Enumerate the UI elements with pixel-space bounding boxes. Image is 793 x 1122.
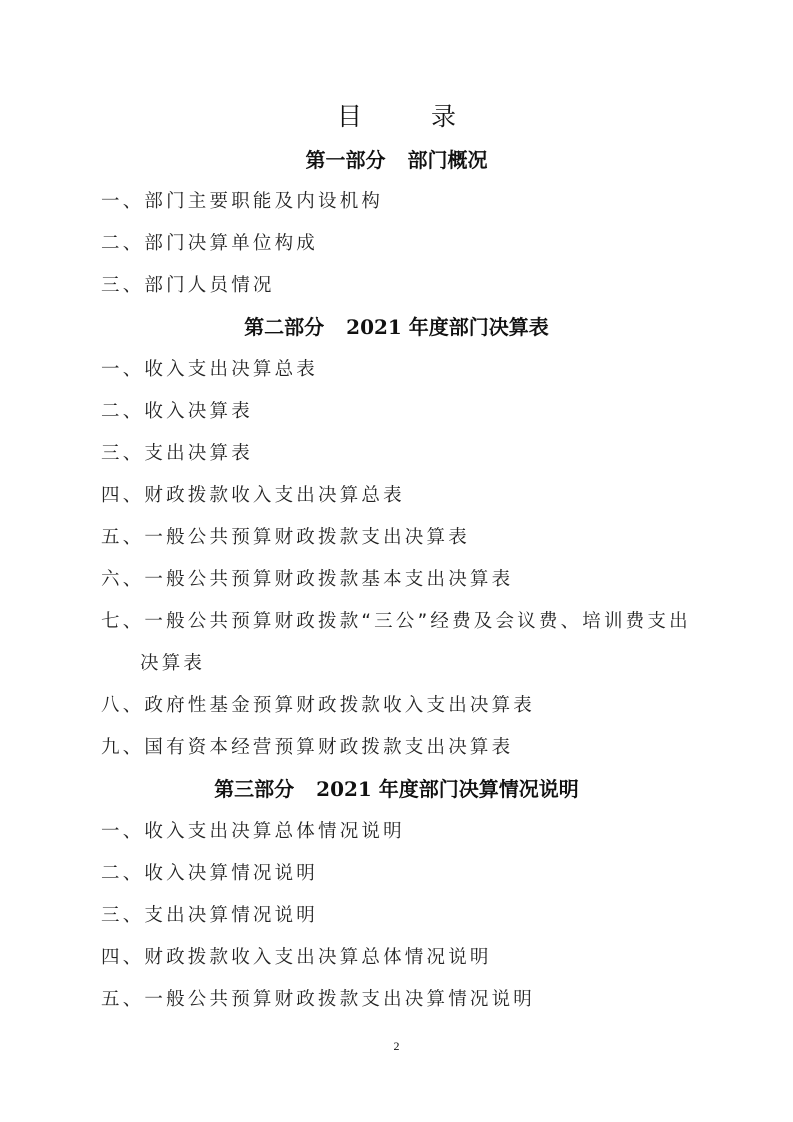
toc-item[interactable]: 六、一般公共预算财政拨款基本支出决算表 (101, 567, 513, 593)
toc-item[interactable]: 一、部门主要职能及内设机构 (101, 189, 383, 215)
toc-item[interactable]: 三、支出决算情况说明 (101, 903, 318, 929)
toc-item[interactable]: 四、财政拨款收入支出决算总体情况说明 (101, 945, 492, 971)
toc-item[interactable]: 七、一般公共预算财政拨款“三公”经费及会议费、培训费支出 (101, 609, 691, 635)
toc-item-continuation[interactable]: 决算表 (140, 651, 205, 677)
section-heading-part1: 第一部分部门概况 (0, 146, 793, 174)
section-title: 2021 年度部门决算情况说明 (316, 777, 579, 801)
section-title: 2021 年度部门决算表 (346, 315, 549, 339)
toc-item[interactable]: 三、支出决算表 (101, 441, 253, 467)
section-title: 部门概况 (408, 148, 488, 172)
toc-item[interactable]: 二、部门决算单位构成 (101, 231, 318, 257)
section-heading-part2: 第二部分2021 年度部门决算表 (0, 313, 793, 341)
section-heading-part3: 第三部分2021 年度部门决算情况说明 (0, 775, 793, 803)
toc-item[interactable]: 二、收入决算情况说明 (101, 861, 318, 887)
toc-item[interactable]: 三、部门人员情况 (101, 273, 275, 299)
toc-item[interactable]: 五、一般公共预算财政拨款支出决算表 (101, 525, 470, 551)
toc-item[interactable]: 八、政府性基金预算财政拨款收入支出决算表 (101, 693, 535, 719)
document-page: 目 录 第一部分部门概况 一、部门主要职能及内设机构 二、部门决算单位构成 三、… (0, 0, 793, 1122)
toc-item[interactable]: 一、收入支出决算总表 (101, 357, 318, 383)
toc-title: 目 录 (0, 100, 793, 134)
toc-item[interactable]: 九、国有资本经营预算财政拨款支出决算表 (101, 735, 513, 761)
section-label: 第一部分 (306, 148, 386, 172)
toc-item[interactable]: 四、财政拨款收入支出决算总表 (101, 483, 405, 509)
toc-item[interactable]: 一、收入支出决算总体情况说明 (101, 819, 405, 845)
toc-item[interactable]: 五、一般公共预算财政拨款支出决算情况说明 (101, 987, 535, 1013)
section-label: 第三部分 (214, 777, 294, 801)
section-label: 第二部分 (244, 315, 324, 339)
page-number: 2 (0, 1039, 793, 1054)
toc-item[interactable]: 二、收入决算表 (101, 399, 253, 425)
